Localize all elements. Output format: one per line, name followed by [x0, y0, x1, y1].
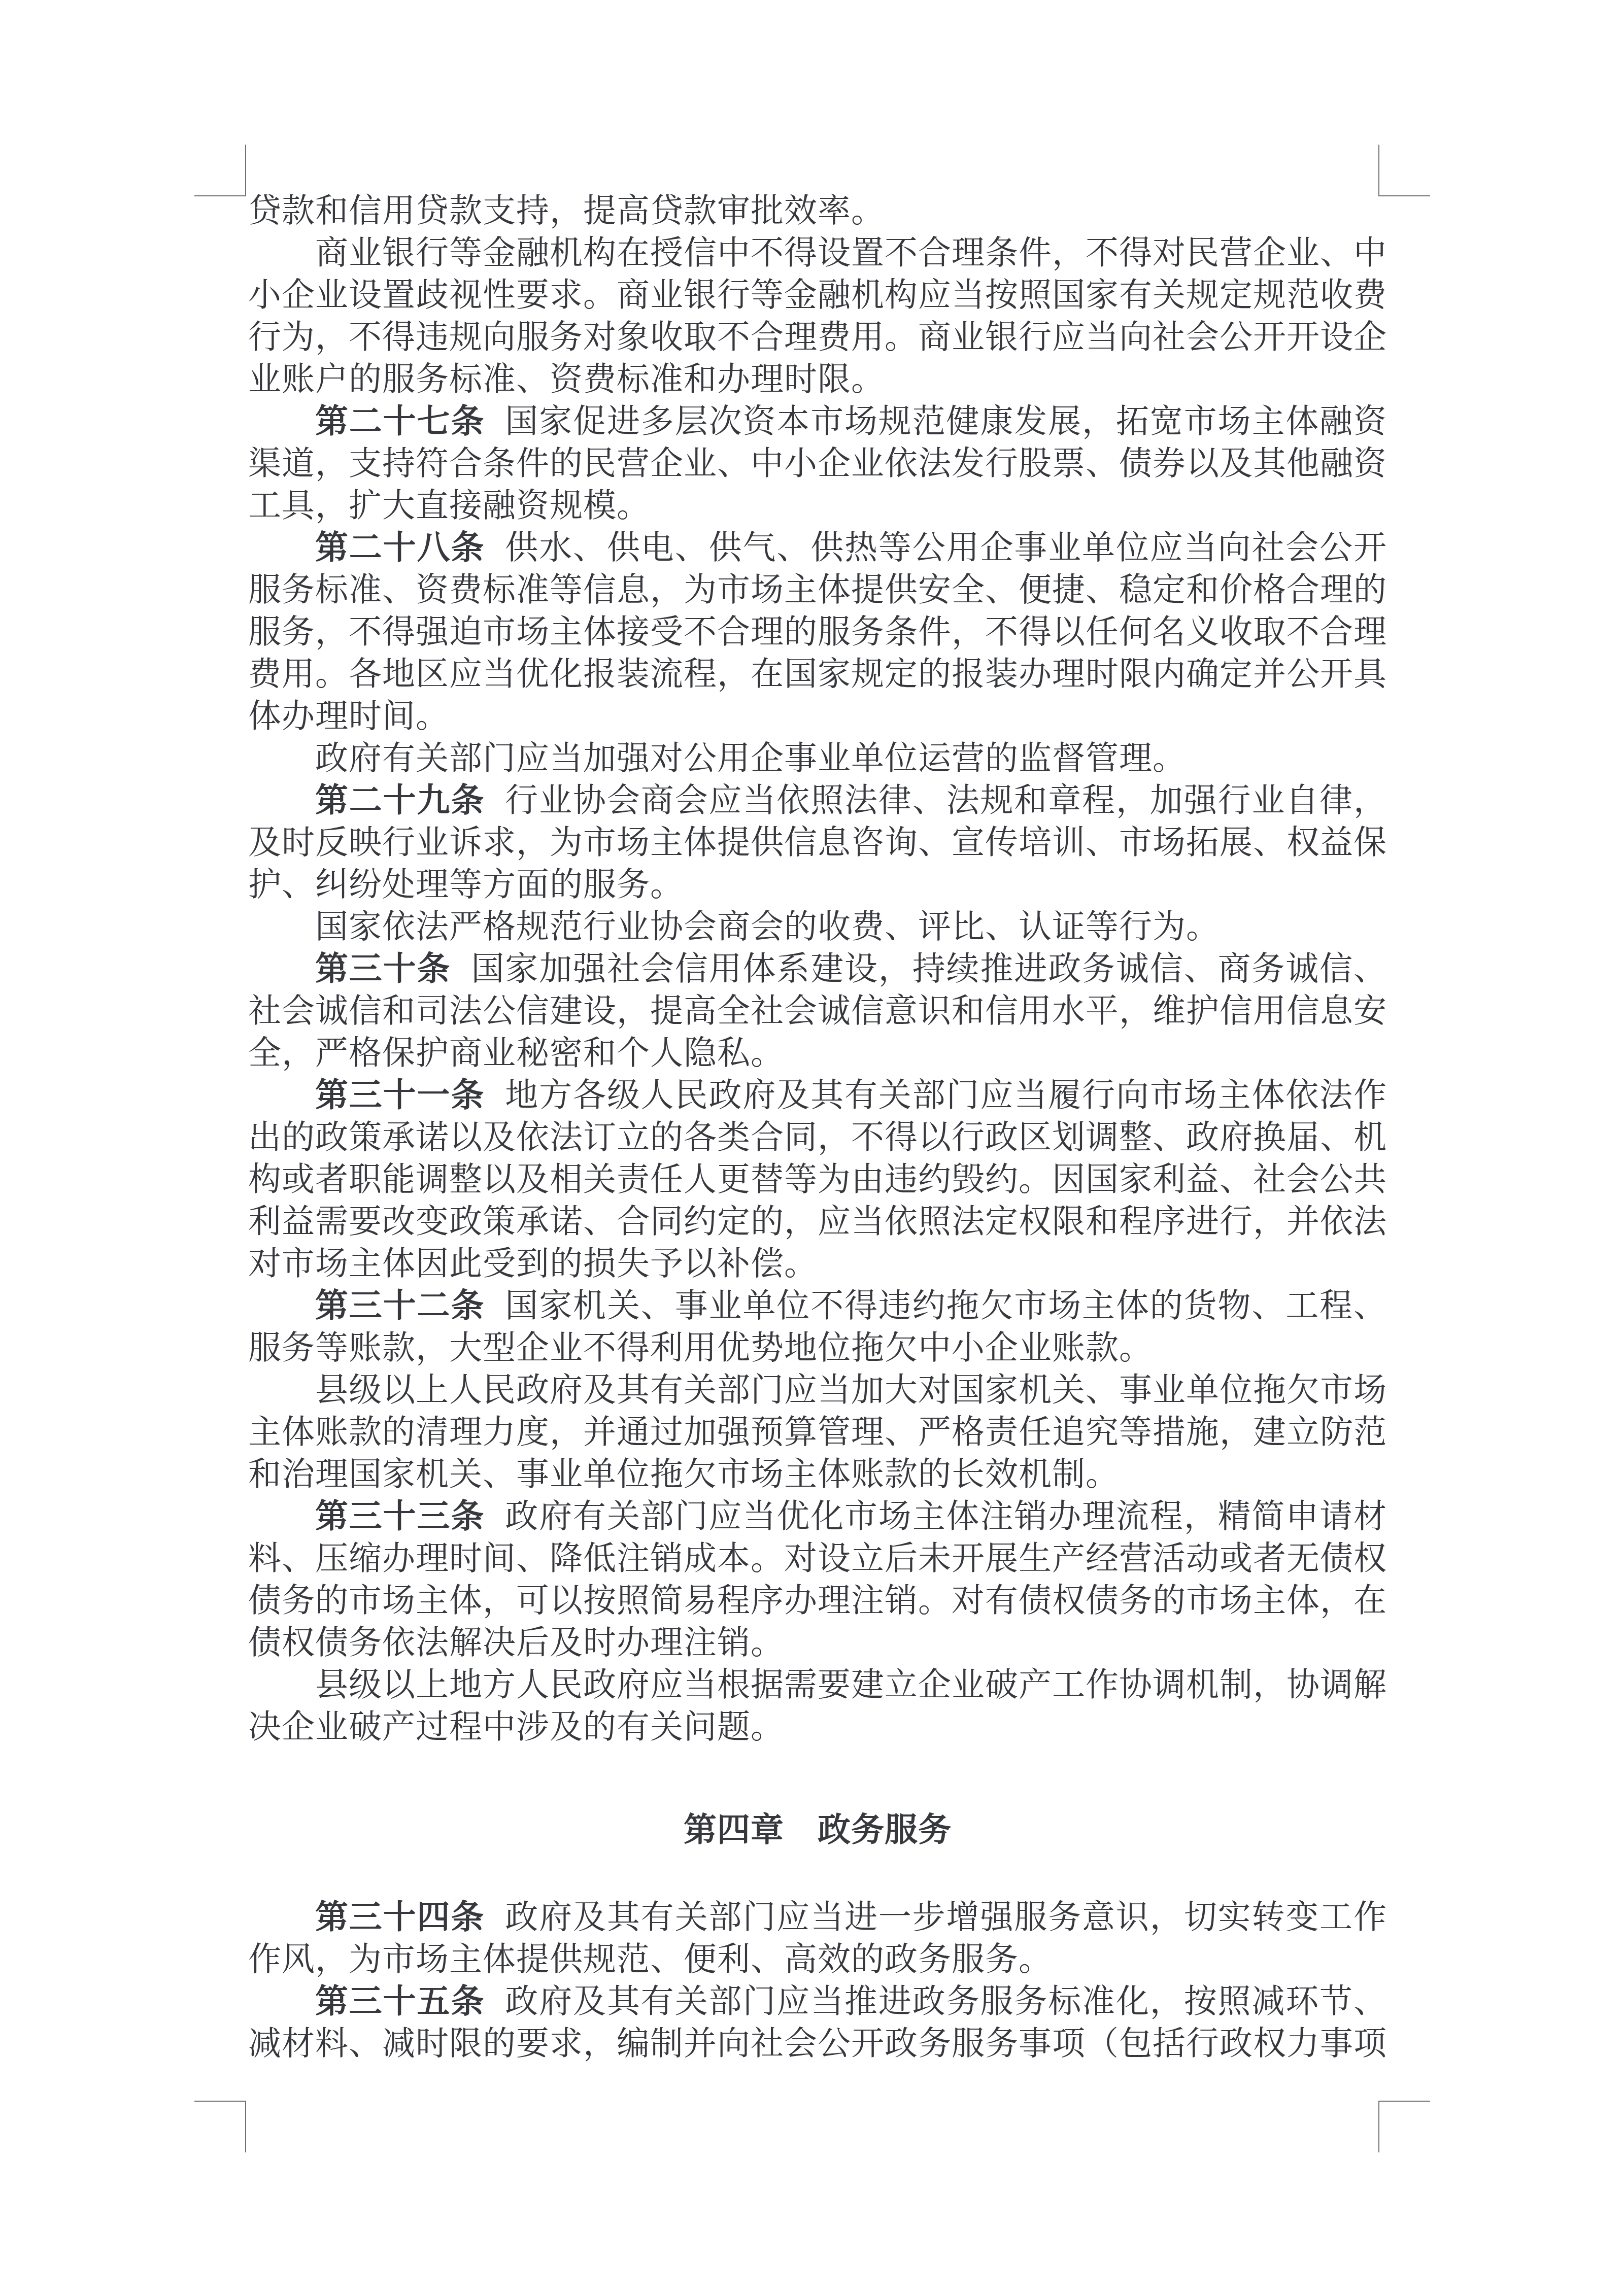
- paragraph-text: 国家依法严格规范行业协会商会的收费、评比、认证等行为。: [315, 908, 1220, 946]
- article-number: 第三十二条: [315, 1287, 485, 1325]
- article-number: 第二十九条: [315, 781, 485, 819]
- paragraph-text: 商业银行等金融机构在授信中不得设置不合理条件，不得对民营企业、中小企业设置歧视性…: [248, 234, 1387, 398]
- crop-mark-top-right: [1378, 145, 1430, 196]
- article-paragraph: 第二十九条行业协会商会应当依照法律、法规和章程，加强行业自律，及时反映行业诉求，…: [248, 779, 1387, 906]
- article-number: 第二十七条: [315, 402, 485, 440]
- document-text-block: 贷款和信用贷款支持，提高贷款审批效率。商业银行等金融机构在授信中不得设置不合理条…: [248, 190, 1387, 2065]
- article-paragraph: 第三十四条政府及其有关部门应当进一步增强服务意识，切实转变工作作风，为市场主体提…: [248, 1896, 1387, 1980]
- crop-mark-top-left: [194, 145, 246, 196]
- article-number: 第三十四条: [315, 1898, 485, 1936]
- body-paragraph: 县级以上地方人民政府应当根据需要建立企业破产工作协调机制，协调解决企业破产过程中…: [248, 1664, 1387, 1748]
- article-number: 第二十八条: [315, 529, 485, 567]
- body-paragraph: 商业银行等金融机构在授信中不得设置不合理条件，不得对民营企业、中小企业设置歧视性…: [248, 232, 1387, 400]
- article-paragraph: 第三十一条地方各级人民政府及其有关部门应当履行向市场主体依法作出的政策承诺以及依…: [248, 1074, 1387, 1285]
- article-number: 第三十三条: [315, 1497, 485, 1535]
- paragraph-text: 贷款和信用贷款支持，提高贷款审批效率。: [248, 192, 885, 230]
- article-paragraph: 第二十八条供水、供电、供气、供热等公用企事业单位应当向社会公开服务标准、资费标准…: [248, 527, 1387, 737]
- article-paragraph: 第二十七条国家促进多层次资本市场规范健康发展，拓宽市场主体融资渠道，支持符合条件…: [248, 400, 1387, 527]
- article-paragraph: 第三十三条政府有关部门应当优化市场主体注销办理流程，精简申请材料、压缩办理时间、…: [248, 1495, 1387, 1664]
- chapter-heading: 第四章 政务服务: [248, 1809, 1387, 1851]
- body-paragraph: 贷款和信用贷款支持，提高贷款审批效率。: [248, 190, 1387, 232]
- document-page: 贷款和信用贷款支持，提高贷款审批效率。商业银行等金融机构在授信中不得设置不合理条…: [0, 0, 1624, 2296]
- article-paragraph: 第三十二条国家机关、事业单位不得违约拖欠市场主体的货物、工程、服务等账款，大型企…: [248, 1285, 1387, 1369]
- article-number: 第三十一条: [315, 1076, 485, 1114]
- article-paragraph: 第三十五条政府及其有关部门应当推进政务服务标准化，按照减环节、减材料、减时限的要…: [248, 1980, 1387, 2065]
- crop-mark-bottom-left: [194, 2101, 246, 2152]
- body-paragraph: 县级以上人民政府及其有关部门应当加大对国家机关、事业单位拖欠市场主体账款的清理力…: [248, 1369, 1387, 1495]
- paragraph-text: 县级以上人民政府及其有关部门应当加大对国家机关、事业单位拖欠市场主体账款的清理力…: [248, 1371, 1387, 1493]
- paragraph-text: 政府有关部门应当加强对公用企事业单位运营的监督管理。: [315, 739, 1186, 777]
- body-paragraph: 政府有关部门应当加强对公用企事业单位运营的监督管理。: [248, 737, 1387, 779]
- crop-mark-bottom-right: [1378, 2101, 1430, 2152]
- article-paragraph: 第三十条国家加强社会信用体系建设，持续推进政务诚信、商务诚信、社会诚信和司法公信…: [248, 948, 1387, 1074]
- article-number: 第三十条: [315, 950, 451, 988]
- article-number: 第三十五条: [315, 1982, 485, 2020]
- paragraph-text: 县级以上地方人民政府应当根据需要建立企业破产工作协调机制，协调解决企业破产过程中…: [248, 1666, 1387, 1746]
- body-paragraph: 国家依法严格规范行业协会商会的收费、评比、认证等行为。: [248, 906, 1387, 948]
